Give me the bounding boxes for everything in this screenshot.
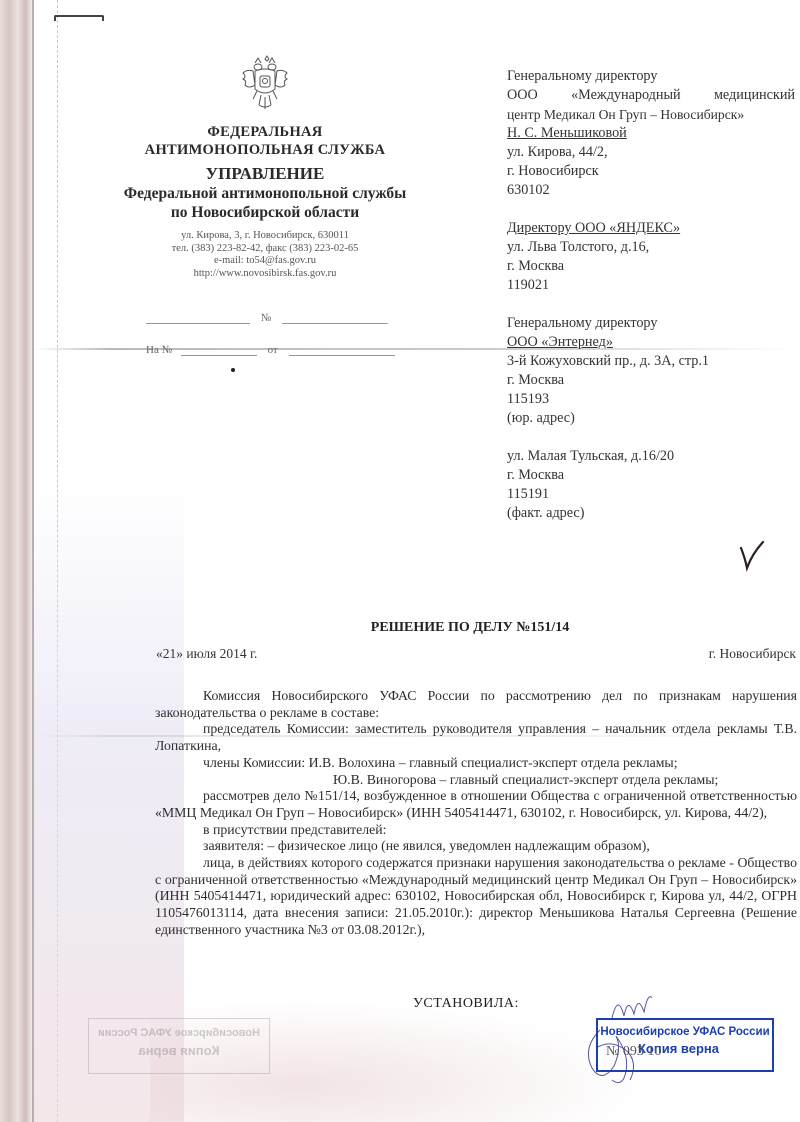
ghost-stamp-bleed: Новосибирское УФАС России Копия верна: [88, 1018, 270, 1074]
addressee-person: Н. С. Меньшиковой: [507, 125, 627, 141]
agency-website: http://www.novosibirsk.fas.gov.ru: [100, 268, 430, 281]
agency-email: e-mail: to54@fas.gov.ru: [100, 255, 430, 268]
applicant-presence: заявителя: – физическое лицо (не явился,…: [155, 838, 797, 855]
presence-heading: в присутствии представителей:: [155, 822, 797, 839]
commission-member-2: Ю.В. Виногорова – главный специалист-экс…: [155, 772, 797, 789]
outgoing-number-field: №: [146, 312, 388, 324]
commission-member-1: члены Комиссии: И.В. Волохина – главный …: [155, 755, 797, 772]
addressee-medical-center: Генеральному директору ООО «Международны…: [507, 67, 795, 200]
decision-date-line: «21» июля 2014 г. г. Новосибирск: [156, 646, 796, 662]
addressee-enterned-actual-address: ул. Малая Тульская, д.16/20 г. Москва 11…: [507, 447, 795, 523]
addressee-list: Генеральному директору ООО «Международны…: [507, 67, 795, 542]
dot-mark: [231, 368, 235, 372]
scan-binding-edge: [0, 0, 32, 1122]
addressee-enterned: Генеральному директору ООО «Энтернед» 3-…: [507, 314, 795, 428]
commission-chair: председатель Комиссии: заместитель руков…: [155, 721, 797, 754]
agency-address: ул. Кирова, 3, г. Новосибирск, 630011: [100, 230, 430, 243]
respondent-presence: лица, в действиях которого содержатся пр…: [155, 855, 797, 939]
signature-icon: [572, 988, 712, 1088]
established-heading: УСТАНОВИЛА:: [413, 996, 519, 1012]
staple-mark: [54, 15, 104, 21]
agency-name-line2: АНТИМОНОПОЛЬНАЯ СЛУЖБА: [100, 141, 430, 159]
department-region: по Новосибирской области: [100, 203, 430, 222]
commission-intro: Комиссия Новосибирского УФАС России по р…: [155, 688, 797, 721]
decision-date: «21» июля 2014 г.: [156, 646, 257, 661]
reply-to-label: На №: [146, 344, 172, 356]
department-name: Федеральной антимонопольной службы: [100, 184, 430, 203]
reply-from-label: от: [268, 344, 278, 356]
contact-block: ул. Кирова, 3, г. Новосибирск, 630011 те…: [100, 230, 430, 280]
case-description: рассмотрев дело №151/14, возбужденное в …: [155, 788, 797, 821]
agency-phone: тел. (383) 223-82-42, факс (383) 223-02-…: [100, 243, 430, 256]
decision-body: Комиссия Новосибирского УФАС России по р…: [155, 668, 797, 939]
department-title: УПРАВЛЕНИЕ: [100, 164, 430, 184]
handwritten-checkmark-icon: [738, 540, 766, 574]
reply-reference-field: На № от: [146, 344, 395, 356]
decision-title: РЕШЕНИЕ ПО ДЕЛУ №151/14: [140, 620, 800, 636]
decision-city: г. Новосибирск: [709, 646, 796, 662]
addressee-yandex: Директору ООО «ЯНДЕКС» ул. Льва Толстого…: [507, 219, 795, 295]
letterhead: ФЕДЕРАЛЬНАЯ АНТИМОНОПОЛЬНАЯ СЛУЖБА УПРАВ…: [100, 55, 430, 280]
agency-name-line1: ФЕДЕРАЛЬНАЯ: [100, 123, 430, 141]
number-sign: №: [261, 312, 272, 324]
russian-coat-of-arms-icon: [241, 55, 289, 115]
